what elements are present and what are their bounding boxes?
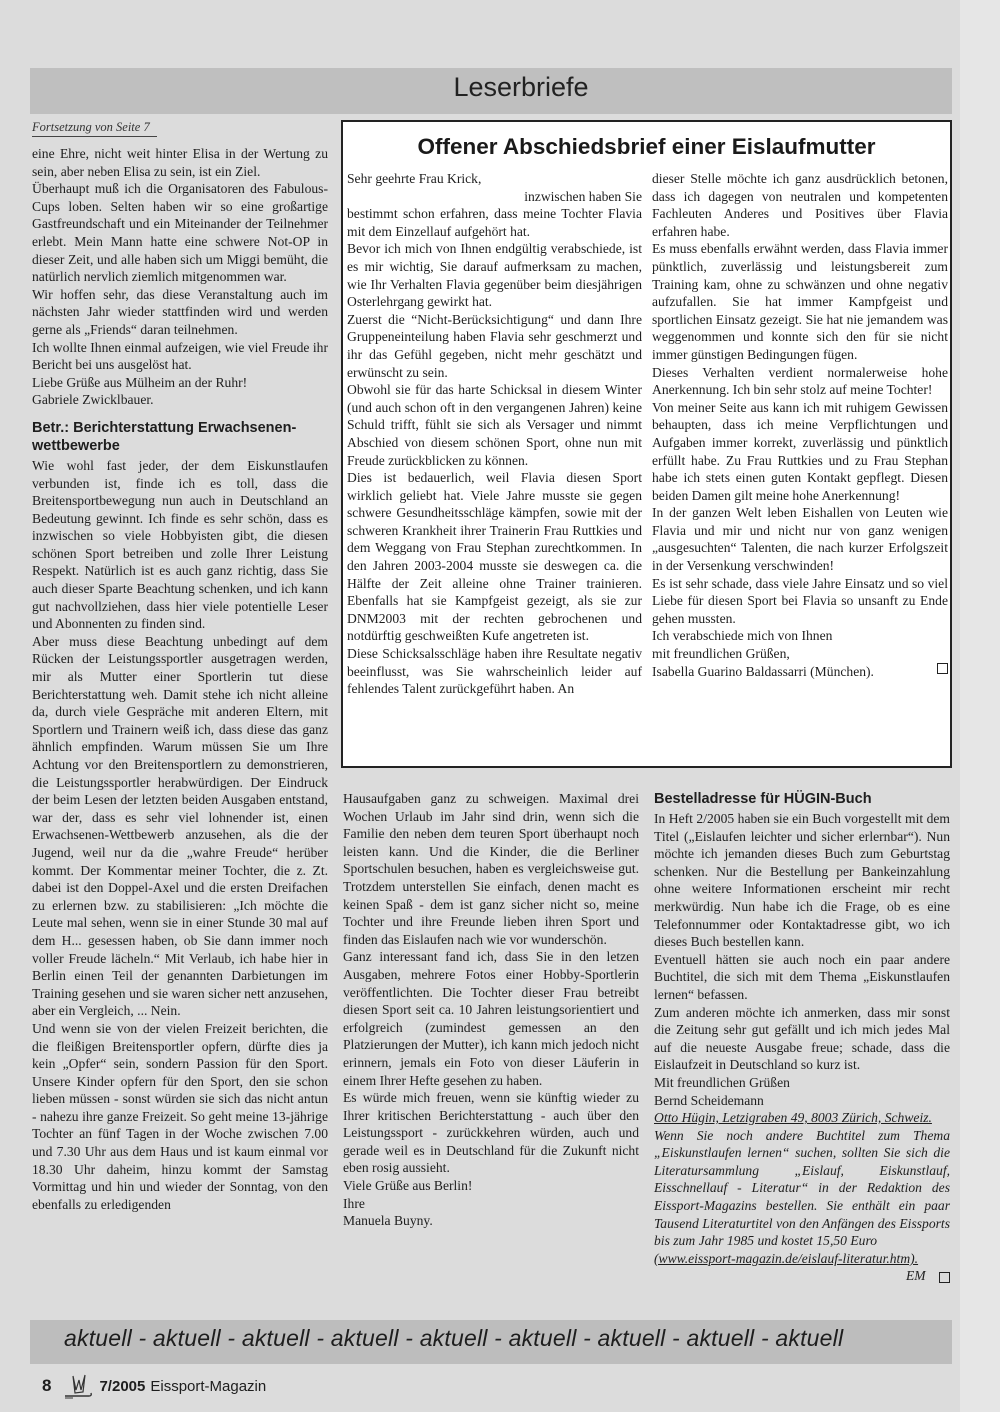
paragraph: Dieses Verhalten verdient normalerweise … <box>652 364 948 399</box>
open-letter-column-a: Sehr geehrte Frau Krick, inzwischen habe… <box>347 170 642 698</box>
paragraph: inzwischen haben Sie <box>347 188 642 206</box>
paragraph: Von meiner Seite aus kann ich mit ruhige… <box>652 399 948 505</box>
end-of-article-square-icon <box>939 1272 950 1283</box>
closing-line: Ihre <box>343 1195 639 1213</box>
letter-signature: Gabriele Zwicklbauer. <box>32 391 328 409</box>
paragraph: Wir hoffen sehr, das diese Veranstaltung… <box>32 286 328 339</box>
paragraph: Bevor ich mich von Ihnen endgültig verab… <box>347 240 642 310</box>
right-column: Bestelladresse für HÜGIN-Buch In Heft 2/… <box>654 790 950 1285</box>
letter-signature: Manuela Buyny. <box>343 1212 639 1230</box>
paragraph: Diese Schicksalsschläge haben ihre Resul… <box>347 645 642 698</box>
open-letter-title: Offener Abschiedsbrief einer Eislaufmutt… <box>343 134 950 160</box>
paragraph: Ich wollte Ihnen einmal aufzeigen, wie v… <box>32 339 328 374</box>
paragraph: Es ist sehr schade, dass viele Jahre Ein… <box>652 575 948 628</box>
open-letter-column-b: dieser Stelle möchte ich ganz ausdrückli… <box>652 170 948 680</box>
paragraph: eine Ehre, nicht weit hinter Elisa in de… <box>32 145 328 180</box>
page-number: 8 <box>42 1376 51 1396</box>
letter-subheading: Betr.: Berichterstattung Erwachsenen-wet… <box>32 419 328 455</box>
continued-from-note: Fortsetzung von Seite 7 <box>32 120 157 137</box>
paragraph: Zuerst die “Nicht-Berücksichtigung“ und … <box>347 311 642 381</box>
closing-line: Ich verabschiede mich von Ihnen <box>652 627 948 645</box>
closing-line: Viele Grüße aus Berlin! <box>343 1177 639 1195</box>
paragraph: Und wenn sie von der vielen Freizeit ber… <box>32 1020 328 1214</box>
paragraph: Hausaufgaben ganz zu schweigen. Maximal … <box>343 790 639 948</box>
paragraph: Es würde mich freuen, wenn sie künftig w… <box>343 1089 639 1177</box>
paragraph: Liebe Grüße aus Mülheim an der Ruhr! <box>32 374 328 392</box>
letter-subheading: Bestelladresse für HÜGIN-Buch <box>654 790 950 808</box>
paragraph: Obwohl sie für das harte Schicksal in di… <box>347 381 642 469</box>
paragraph: Aber muss diese Beachtung unbedingt auf … <box>32 633 328 1020</box>
magazine-name: Eissport-Magazin <box>150 1378 266 1395</box>
paragraph: dieser Stelle möchte ich ganz ausdrückli… <box>652 170 948 240</box>
paragraph: Es muss ebenfalls erwähnt werden, dass F… <box>652 240 948 363</box>
literature-link[interactable]: (www.eissport-magazin.de/eislauf-literat… <box>654 1250 950 1268</box>
section-title: Leserbriefe <box>30 72 952 103</box>
paragraph: In der ganzen Welt leben Eishallen von L… <box>652 504 948 574</box>
salutation: Sehr geehrte Frau Krick, <box>347 170 642 188</box>
signature-row: Isabella Guarino Baldassarri (München). <box>652 663 948 681</box>
skater-logo-icon <box>61 1372 95 1400</box>
editor-note: Wenn Sie noch andere Buchtitel zum Thema… <box>654 1127 950 1250</box>
end-of-article-square-icon <box>937 663 948 674</box>
page-edge <box>960 0 1000 1412</box>
editor-initials: EM <box>906 1268 926 1283</box>
section-header-bar: Leserbriefe <box>30 68 952 114</box>
left-column: eine Ehre, nicht weit hinter Elisa in de… <box>32 145 328 1213</box>
paragraph: Dies ist bedauerlich, weil Flavia diesen… <box>347 469 642 645</box>
publisher-address: Otto Hügin, Letzigraben 49, 8003 Zürich,… <box>654 1109 950 1127</box>
closing-line: mit freundlichen Grüßen, <box>652 645 948 663</box>
aktuell-banner: aktuell - aktuell - aktuell - aktuell - … <box>30 1320 952 1364</box>
paragraph: Eventuell hätten sie auch noch ein paar … <box>654 951 950 1004</box>
issue-number: 7/2005 <box>99 1378 145 1395</box>
paragraph: bestimmt schon erfahren, dass meine Toch… <box>347 205 642 240</box>
paragraph: Wie wohl fast jeder, der dem Eiskunstlau… <box>32 457 328 633</box>
letter-signature: Bernd Scheidemann <box>654 1092 950 1110</box>
closing-line: Mit freundlichen Grüßen <box>654 1074 950 1092</box>
paragraph: Ganz interessant fand ich, dass Sie in d… <box>343 948 639 1089</box>
paragraph: In Heft 2/2005 haben sie ein Buch vorges… <box>654 810 950 951</box>
middle-column: Hausaufgaben ganz zu schweigen. Maximal … <box>343 790 639 1230</box>
page-footer: 8 7/2005 Eissport-Magazin <box>42 1372 266 1400</box>
editor-signoff: EM <box>654 1267 950 1285</box>
open-letter-box: Offener Abschiedsbrief einer Eislaufmutt… <box>341 120 952 768</box>
aktuell-banner-text: aktuell - aktuell - aktuell - aktuell - … <box>64 1325 843 1352</box>
paragraph: Zum anderen möchte ich anmerken, dass mi… <box>654 1004 950 1074</box>
letter-signature: Isabella Guarino Baldassarri (München). <box>652 663 874 681</box>
paragraph: Überhaupt muß ich die Organisatoren des … <box>32 180 328 286</box>
